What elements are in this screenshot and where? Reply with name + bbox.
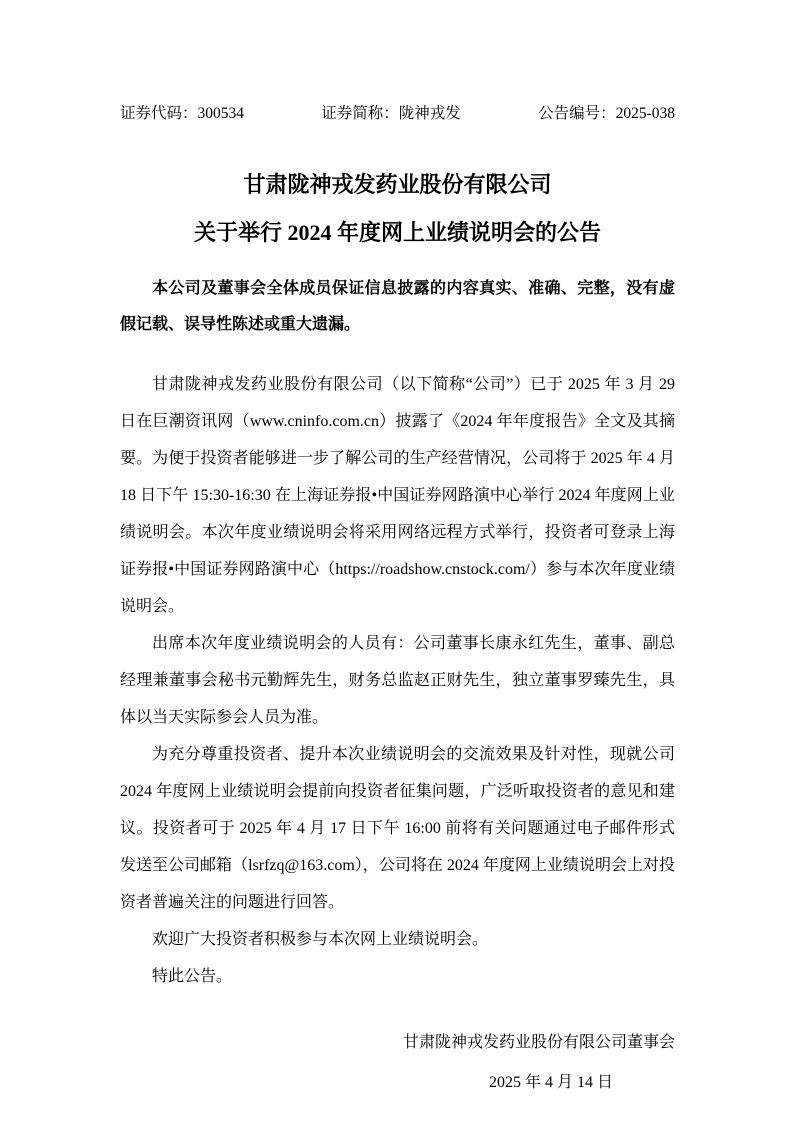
announcement-page: 证券代码：300534 证券简称：陇神戎发 公告编号：2025-038 甘肃陇神… [0,0,794,1122]
announcement-title: 关于举行 2024 年度网上业绩说明会的公告 [120,209,675,257]
stock-code-label: 证券代码：300534 [120,104,244,124]
signature-date: 2025 年 4 月 14 日 [120,1063,675,1103]
body-paragraph-closing: 特此公告。 [120,958,675,995]
securities-header-row: 证券代码：300534 证券简称：陇神戎发 公告编号：2025-038 [120,104,675,124]
body-block: 甘肃陇神戎发药业股份有限公司（以下简称“公司”）已于 2025 年 3 月 29… [120,366,675,995]
body-paragraph-question-collection: 为充分尊重投资者、提升本次业绩说明会的交流效果及针对性，现就公司 2024 年度… [120,736,675,921]
company-title: 甘肃陇神戎发药业股份有限公司 [120,161,675,209]
title-block: 甘肃陇神戎发药业股份有限公司 关于举行 2024 年度网上业绩说明会的公告 [120,161,675,257]
signature-company: 甘肃陇神戎发药业股份有限公司董事会 [120,1023,675,1063]
disclosure-notice-paragraph: 本公司及董事会全体成员保证信息披露的内容真实、准确、完整，没有虚假记载、误导性陈… [120,271,675,343]
signature-block: 甘肃陇神戎发药业股份有限公司董事会 2025 年 4 月 14 日 [120,1023,675,1103]
body-paragraph-attendees: 出席本次年度业绩说明会的人员有：公司董事长康永红先生，董事、副总经理兼董事会秘书… [120,625,675,736]
stock-name-label: 证券简称：陇神戎发 [321,104,461,124]
announcement-number-label: 公告编号：2025-038 [538,104,675,124]
body-paragraph-welcome: 欢迎广大投资者积极参与本次网上业绩说明会。 [120,921,675,958]
body-paragraph-disclosure: 甘肃陇神戎发药业股份有限公司（以下简称“公司”）已于 2025 年 3 月 29… [120,366,675,625]
